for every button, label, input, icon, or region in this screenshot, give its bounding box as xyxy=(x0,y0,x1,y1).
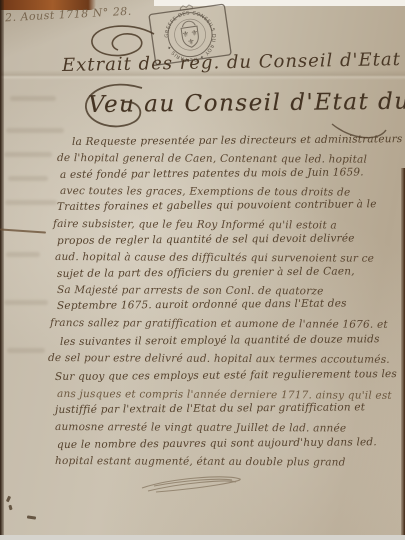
manuscript-line: avec toutes les graces, Exemptions de to… xyxy=(60,186,350,198)
ink-bleedthrough xyxy=(4,152,52,157)
scan-edge-bottom xyxy=(0,535,405,540)
manuscript-line: Sur quoy que ces employs eut esté fait r… xyxy=(55,369,397,382)
ink-bleedthrough xyxy=(6,128,64,133)
ink-bleedthrough xyxy=(6,252,40,257)
manuscript-page: 2. Aoust 1718 N° 28. GREFFE DES CONSEILS… xyxy=(0,0,405,540)
manuscript-line: justiffié par l'extrait de l'Etat du sel… xyxy=(55,402,365,415)
margin-dash-mark xyxy=(0,228,46,233)
ink-bleedthrough xyxy=(5,200,57,205)
manuscript-line: sujet de la part des officiers du grenie… xyxy=(57,266,355,279)
manuscript-line: propos de regler la quantité de sel qui … xyxy=(57,233,355,246)
manuscript-line: hopital estant augmenté, étant au double… xyxy=(55,456,346,468)
manuscript-line: la Requeste presentée par les directeurs… xyxy=(72,134,403,147)
manuscript-line: que le nombre des pauvres qui sont aujou… xyxy=(57,437,377,450)
manuscript-line: francs sallez par gratiffication et aumo… xyxy=(50,318,388,330)
manuscript-line: Septembre 1675. auroit ordonné que dans … xyxy=(57,298,347,311)
ink-speck xyxy=(27,515,36,519)
manuscript-line: aumosne arresté le vingt quatre Juillet … xyxy=(55,422,346,434)
manuscript-line: a esté fondé par lettres patentes du moi… xyxy=(60,167,364,180)
manuscript-line: Sa Majesté par arrests de son Conl. de q… xyxy=(57,285,324,297)
manuscript-line: aud. hopital à cause des difficultés qui… xyxy=(55,252,374,264)
manuscript-line: faire subsister, que le feu Roy Informé … xyxy=(53,219,337,231)
fleur-de-lis-icon: ⚜ xyxy=(187,37,195,47)
manuscript-line: Traittes foraines et gabelles qui pouvoi… xyxy=(57,199,377,212)
manuscript-line: les suivantes il seroit employé la quant… xyxy=(60,334,380,347)
scan-edge-right xyxy=(401,168,405,536)
manuscript-line: ans jusques et compris l'année derniere … xyxy=(57,389,392,401)
pencil-scribble xyxy=(136,472,246,500)
manuscript-line: de sel pour estre delivré aud. hopital a… xyxy=(48,353,390,365)
ink-bleedthrough xyxy=(8,176,48,181)
document-heading: Veu au Conseil d'Etat du Roy xyxy=(88,90,405,117)
manuscript-line: de l'hopital general de Caen, Contenant … xyxy=(57,153,367,165)
ink-bleedthrough xyxy=(4,300,48,305)
ink-bleedthrough xyxy=(7,348,45,353)
scan-edge-left xyxy=(0,0,4,540)
ink-speck xyxy=(8,505,12,511)
ink-speck xyxy=(6,496,11,503)
ink-bleedthrough xyxy=(10,96,56,101)
